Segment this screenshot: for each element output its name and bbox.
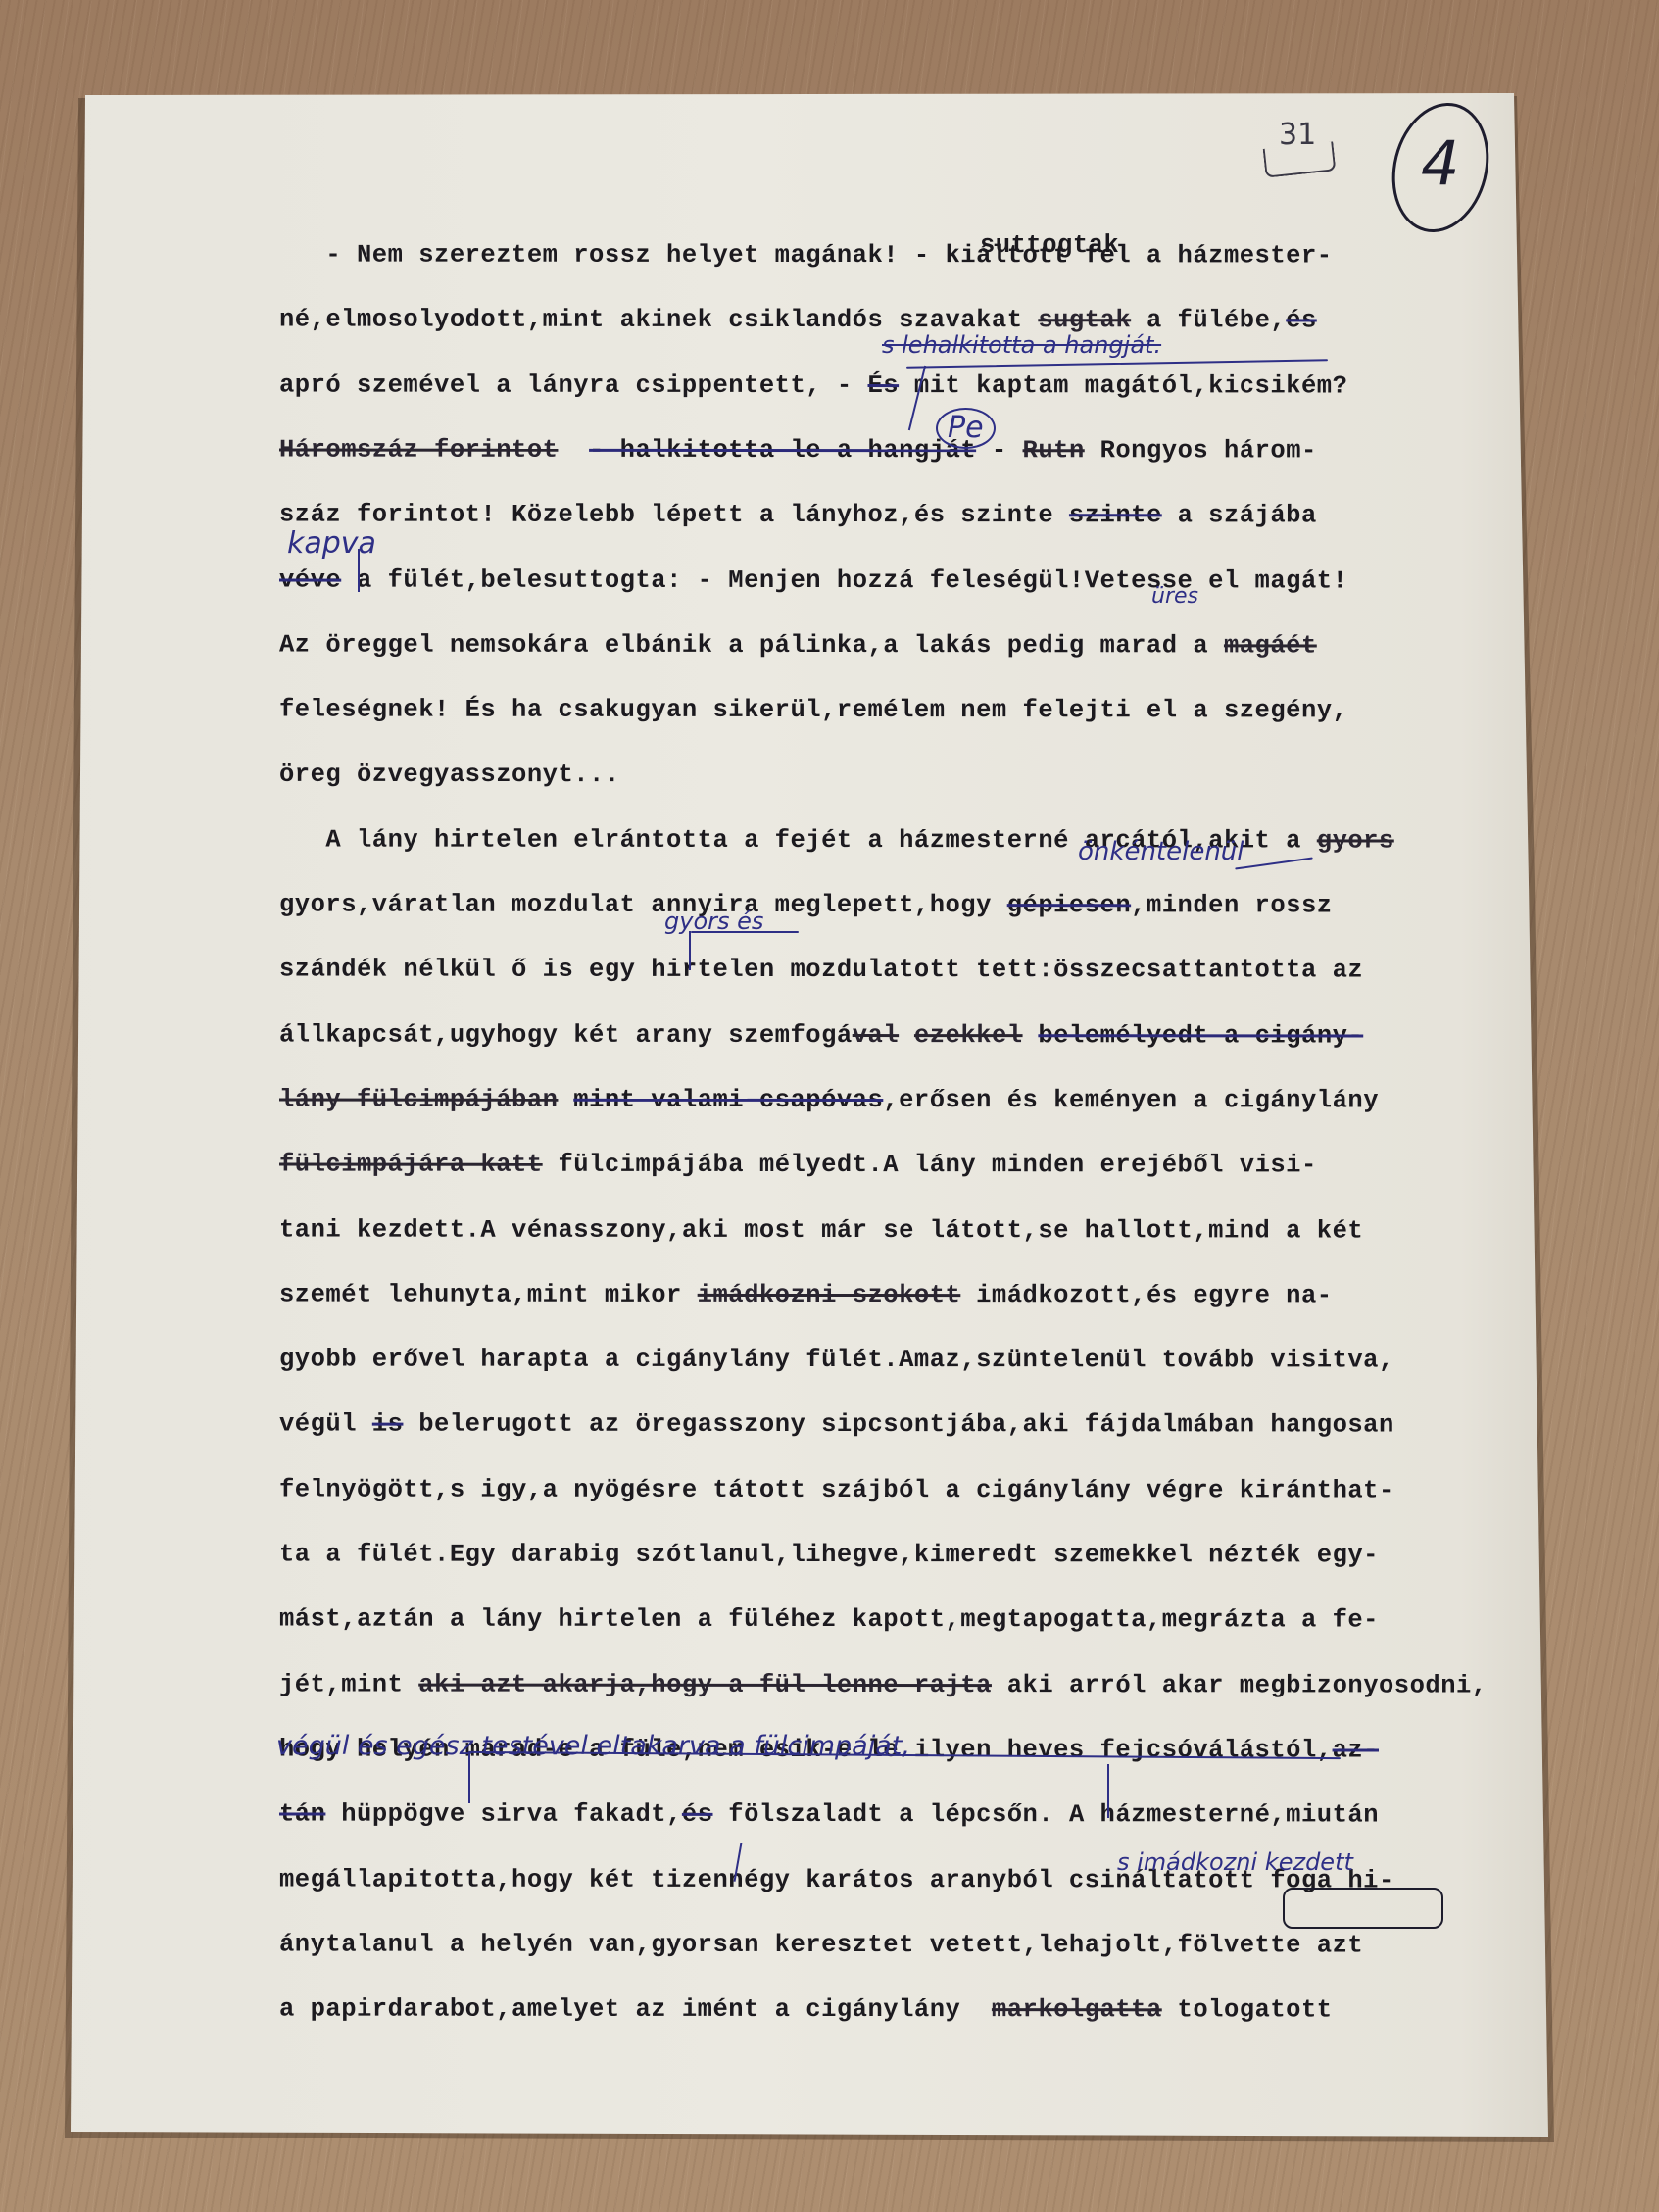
typed-line: felnyögött,s igy,a nyögésre tátott szájb… xyxy=(279,1477,1394,1502)
struck-text: mint valami csapóvas xyxy=(573,1086,883,1114)
struck-text: az- xyxy=(1333,1736,1379,1764)
typed-line: öreg özvegyasszonyt... xyxy=(279,762,620,788)
text-segment: a papirdarabot,amelyet az imént a cigány… xyxy=(279,1995,992,2025)
struck-text: belemélyedt a cigány- xyxy=(1038,1021,1363,1050)
text-segment: apró szemével a lányra csippentett, - xyxy=(279,370,868,400)
text-segment xyxy=(558,1086,573,1114)
interlinear-typed-word: suttogtak xyxy=(980,233,1119,259)
typed-line: gyors,váratlan mozdulat annyira meglepet… xyxy=(279,893,1333,918)
text-segment xyxy=(1023,1021,1039,1050)
text-segment xyxy=(558,436,589,465)
handwritten-annotation: Pe xyxy=(936,408,996,449)
text-segment: felnyögött,s igy,a nyögésre tátott szájb… xyxy=(279,1475,1394,1504)
text-segment xyxy=(899,1021,914,1050)
struck-text: fülcimpájára katt xyxy=(279,1151,543,1179)
typed-line: apró szemével a lányra csippentett, - És… xyxy=(279,372,1347,398)
text-segment: öreg özvegyasszonyt... xyxy=(279,761,620,789)
boxed-word-folvette xyxy=(1283,1888,1443,1929)
struck-text: és xyxy=(682,1800,713,1829)
text-segment: Az öreggel nemsokára elbánik a pálinka,a… xyxy=(279,630,1224,660)
handwritten-annotation: gyors és xyxy=(664,909,763,933)
handwritten-annotation: s lehalkitotta a hangját. xyxy=(882,333,1161,357)
typed-line: jét,mint aki azt akarja,hogy a fül lenne… xyxy=(279,1672,1488,1698)
typed-line: száz forintot! Közelebb lépett a lányhoz… xyxy=(279,503,1317,528)
insertion-mark xyxy=(468,1754,470,1803)
struck-text: szinte xyxy=(1069,501,1162,529)
typed-line: ánytalanul a helyén van,gyorsan kereszte… xyxy=(279,1932,1363,1957)
struck-text: véve xyxy=(279,565,341,594)
struck-text: Háromszáz forintot xyxy=(279,435,558,464)
handwritten-annotation: üres xyxy=(1151,586,1198,608)
text-segment: fülcimpájába mélyedt.A lány minden erejé… xyxy=(543,1151,1317,1180)
struck-text: is xyxy=(372,1410,404,1439)
typed-line: feleségnek! És ha csakugyan sikerül,remé… xyxy=(279,698,1347,723)
handwritten-annotation: önkéntelenül xyxy=(1078,839,1244,864)
handwritten-annotation: kapva xyxy=(287,529,376,559)
typed-line: állkapcsát,ugyhogy két arany szemfogával… xyxy=(279,1022,1363,1048)
struck-text: imádkozni szokott xyxy=(698,1281,961,1309)
text-segment: aki arról akar megbizonyosodni, xyxy=(992,1671,1488,1699)
text-segment: feleségnek! És ha csakugyan sikerül,remé… xyxy=(279,696,1347,725)
text-segment: a szájába xyxy=(1162,502,1317,530)
typed-line: Az öreggel nemsokára elbánik a pálinka,a… xyxy=(279,632,1317,658)
typed-line: végül is belerugott az öregasszony sipcs… xyxy=(279,1412,1394,1438)
text-segment: Rongyos három- xyxy=(1085,436,1317,465)
struck-text: Rutn xyxy=(1023,436,1085,465)
typed-line: - Nem szereztem rossz helyet magának! - … xyxy=(279,243,1333,269)
typed-line: lány fülcimpájában mint valami csapóvas,… xyxy=(279,1087,1379,1112)
typed-line: Háromszáz forintot - halkitotta le a han… xyxy=(279,437,1317,463)
text-segment: mit kaptam magától,kicsikém? xyxy=(899,371,1347,400)
struck-text: markolgatta xyxy=(992,1995,1162,2024)
struck-text: ezekkel xyxy=(914,1021,1023,1050)
text-segment: gyobb erővel harapta a cigánylány fülét.… xyxy=(279,1346,1394,1375)
typed-line: mást,aztán a lány hirtelen a füléhez kap… xyxy=(279,1607,1379,1633)
struck-text: lány fülcimpájában xyxy=(279,1085,558,1113)
text-segment: állkapcsát,ugyhogy két arany szemfogá xyxy=(279,1020,853,1050)
struck-text: tán xyxy=(279,1800,325,1829)
text-segment: imádkozott,és egyre na- xyxy=(960,1281,1332,1309)
text-segment: tologatott xyxy=(1162,1995,1333,2024)
struck-text: gépiesen xyxy=(1007,891,1131,919)
text-segment: ,minden rossz xyxy=(1131,891,1332,919)
insertion-mark xyxy=(358,549,360,592)
text-segment: szándék nélkül ő is egy hirtelen mozdula… xyxy=(279,956,1363,985)
struck-text: aki azt akarja,hogy a fül lenne rajta xyxy=(418,1670,992,1699)
text-segment: végül xyxy=(279,1410,372,1439)
text-segment: száz forintot! Közelebb lépett a lányhoz… xyxy=(279,501,1069,530)
text-segment: jét,mint xyxy=(279,1670,418,1698)
text-segment: ta a fülét.Egy darabig szótlanul,lihegve… xyxy=(279,1541,1379,1570)
typed-line: szándék nélkül ő is egy hirtelen mozdula… xyxy=(279,958,1363,983)
handwritten-annotation: s imádkozni kezdett xyxy=(1117,1850,1353,1874)
text-segment: ,erősen és keményen a cigánylány xyxy=(883,1086,1379,1114)
typed-line: tán hüppögve sirva fakadt,és fölszaladt … xyxy=(279,1802,1379,1828)
typed-line: ta a fülét.Egy darabig szótlanul,lihegve… xyxy=(279,1543,1379,1568)
text-segment: mást,aztán a lány hirtelen a füléhez kap… xyxy=(279,1605,1379,1635)
struck-text: val xyxy=(853,1021,899,1050)
annotation-underline xyxy=(691,931,799,933)
typed-line: fülcimpájára katt fülcimpájába mélyedt.A… xyxy=(279,1153,1317,1178)
typed-line: né,elmosolyodott,mint akinek csiklandós … xyxy=(279,308,1317,333)
insertion-mark xyxy=(689,931,691,970)
text-segment: ánytalanul a helyén van,gyorsan kereszte… xyxy=(279,1930,1363,1959)
text-segment: fölszaladt a lépcsőn. A házmesterné,miut… xyxy=(712,1800,1379,1830)
typed-line: tani kezdett.A vénasszony,aki most már s… xyxy=(279,1217,1363,1243)
struck-text: - halkitotta le a hangját xyxy=(589,436,976,465)
insertion-mark xyxy=(1107,1764,1109,1818)
text-segment: tani kezdett.A vénasszony,aki most már s… xyxy=(279,1215,1363,1245)
text-segment: belerugott az öregasszony sipcsontjába,a… xyxy=(403,1410,1393,1440)
text-segment: hüppögve sirva fakadt, xyxy=(325,1800,681,1829)
typed-line: a papirdarabot,amelyet az imént a cigány… xyxy=(279,1997,1333,2023)
typed-line: gyobb erővel harapta a cigánylány fülét.… xyxy=(279,1348,1394,1373)
text-segment: - Nem szereztem rossz helyet magának! - … xyxy=(279,241,1333,270)
struck-text: gyors xyxy=(1317,826,1394,855)
text-segment: szemét lehunyta,mint mikor xyxy=(279,1280,698,1308)
text-segment: gyors,váratlan mozdulat annyira meglepet… xyxy=(279,891,1007,920)
typed-line: szemét lehunyta,mint mikor imádkozni szo… xyxy=(279,1282,1333,1307)
struck-text: magáét xyxy=(1224,631,1317,660)
page-number: 4 xyxy=(1421,127,1459,199)
struck-text: És xyxy=(867,371,899,400)
struck-text: és xyxy=(1286,307,1317,335)
